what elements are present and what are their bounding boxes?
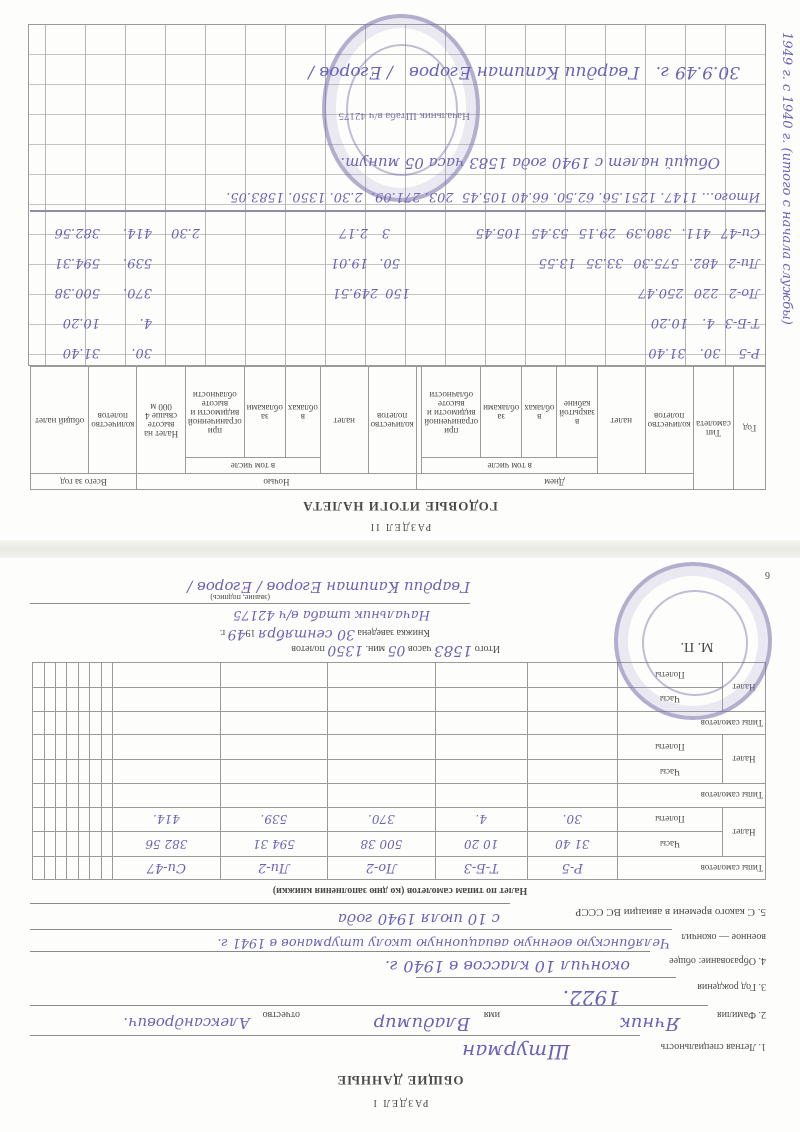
field-patronymic-label: отчество <box>263 1009 300 1020</box>
field-education-label: Образование: общее <box>669 955 756 966</box>
row-tb3: Т-Б-3 4. 10.20 4. 10.20 <box>30 315 760 330</box>
section2-title: ГОДОВЫЕ ИТОГИ НАЛЕТА <box>0 498 800 514</box>
total-minutes: 05 <box>388 642 406 658</box>
official-stamp: М. П. <box>614 562 772 720</box>
row-r5: Р-5 30. 31.40 30. 31.40 <box>30 345 760 360</box>
field-surname: 2. Фамилия <box>717 1009 766 1020</box>
row-li2: Ли-2 482. 575.30 33.35 13.55 50. 19.01 5… <box>30 255 760 270</box>
field-specialty: 1. Летная специальность <box>661 1041 766 1052</box>
section1-heading: РАЗДЕЛ I <box>0 1097 800 1108</box>
signer-name: Гвардии Капитан Егоров / Егоров / <box>187 578 470 596</box>
col-year: Год <box>734 367 766 490</box>
signer-title: Начальник штаба в/ч 42175 <box>233 607 430 622</box>
types-label: Типы самолетов <box>617 856 765 879</box>
annual-totals-header: Год Тип самолета Днем Ночью Всего за год… <box>30 366 766 490</box>
year-note: 1949 г. с 1940 г. (итого с начала службы… <box>774 32 794 352</box>
field-service-since-value: с 10 июля 1940 года <box>338 910 500 928</box>
field-specialty-label: Летная специальность <box>661 1041 756 1052</box>
group-night: Ночью <box>137 474 416 490</box>
logbook-sheet: РАЗДЕЛ I ОБЩИЕ ДАННЫЕ 1. Летная специаль… <box>0 0 800 1132</box>
total-hours: 1583 <box>434 642 472 660</box>
stamp2-signer-title: Начальник Штаба в/ч 42175 <box>339 110 470 122</box>
field-patronymic-value: Александрович. <box>123 1014 250 1032</box>
col-aircraft: Тип самолета <box>693 367 734 490</box>
itogo-row: Итого... 1147. 1251.56. 62.50. 66.40 105… <box>226 189 760 204</box>
field-surname-value: Ячник <box>620 1013 680 1034</box>
page-number: 6 <box>765 569 770 580</box>
group-total: Всего за год <box>31 474 137 490</box>
section2-heading: РАЗДЕЛ II <box>0 521 800 532</box>
section2-signer-line: 30.9.49 г. Гвардии Капитан Егоров / Егор… <box>308 62 740 82</box>
field-birth-year: 3. Год рождения <box>697 981 766 992</box>
row-lo2: Ло-2 220 250.47 150 249.51 370. 500.38 <box>30 285 760 300</box>
nalet-label: Налет <box>723 807 766 856</box>
row-si47: Си-47 411. 380.39 29.15 53.45 105.45 3 2… <box>30 225 760 240</box>
field-education-value: окончил 10 классов в 1940 г. <box>385 957 630 976</box>
stamp-label: М. П. <box>626 638 768 654</box>
field-name-value: Владимир <box>374 1013 470 1034</box>
field-service-since: 5. С какого времени в авиации ВС СССР <box>575 906 766 918</box>
total-flights: 1350 <box>327 642 363 658</box>
page-fold <box>0 540 800 558</box>
field-military-education-value: Челябинскую военную авиационную школу шт… <box>217 935 670 950</box>
flights-by-type-title: Налет по типам самолетов (ко дню заполне… <box>0 885 800 896</box>
field-birth-year-label: Год рождения <box>697 981 756 992</box>
official-stamp-2 <box>322 14 480 202</box>
book-date: 30 сентября <box>258 626 355 642</box>
field-education: 4. Образование: общее <box>669 955 766 966</box>
group-day: Днем <box>416 474 693 490</box>
field-birth-year-value: 1922. <box>563 986 620 1010</box>
book-opened-line: Книжка заведена 30 сентября 1949 г. <box>220 626 430 642</box>
field-specialty-value: Штурман <box>462 1040 570 1064</box>
section1-title: ОБЩИЕ ДАННЫЕ <box>0 1072 800 1088</box>
field-service-since-label: С какого времени в авиации ВС СССР <box>575 906 755 918</box>
field-name-label: имя <box>484 1009 500 1020</box>
field-military-education-label: военное — окончил <box>681 931 766 942</box>
field-surname-label: Фамилия <box>717 1009 756 1020</box>
totals-line: Итого 1583 часов 05 мин. 1350 полетов <box>140 642 500 660</box>
